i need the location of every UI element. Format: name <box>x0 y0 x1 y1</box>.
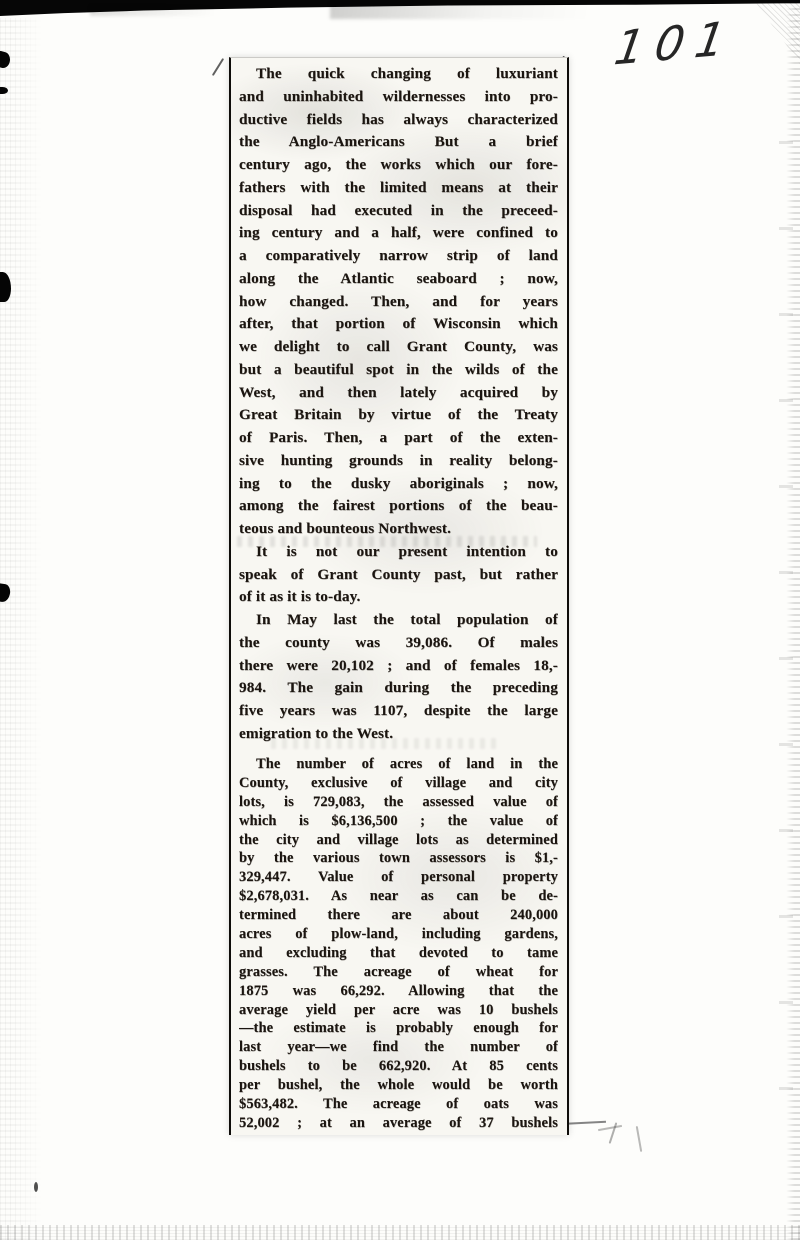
article-line: $563,482. The acreage of oats was <box>239 1095 558 1114</box>
article-line: the city and village lots as determined <box>239 831 558 850</box>
article-line: County, exclusive of village and city <box>239 774 558 793</box>
article-line: fathers with the limited means at their <box>239 177 558 200</box>
article-line: the county was 39,086. Of males <box>239 632 558 655</box>
article-line: we delight to call Grant County, was <box>239 336 558 359</box>
bottom-edge-speckle <box>0 1225 800 1240</box>
article-line: five years was 1107, despite the large <box>239 700 558 723</box>
article-line: speak of Grant County past, but rather <box>239 564 558 587</box>
article-line: per bushel, the whole would be worth <box>239 1076 558 1095</box>
article-line: termined there are about 240,000 <box>239 906 558 925</box>
article-line: which is $6,136,500 ; the value of <box>239 812 558 831</box>
article-line: lots, is 729,083, the assessed value of <box>239 793 558 812</box>
scanned-page: { "page": { "handwritten_number": "101",… <box>0 0 800 1240</box>
article-line: bushels to be 662,920. At 85 cents <box>239 1057 558 1076</box>
newspaper-clipping: The quick changing of luxuriantand uninh… <box>229 57 569 1135</box>
article-line: 329,447. Value of personal property <box>239 868 558 887</box>
article-line: disposal had executed in the preceed- <box>239 200 558 223</box>
article-line: acres of plow-land, including gardens, <box>239 925 558 944</box>
article-line: 1875 was 66,292. Allowing that the <box>239 982 558 1001</box>
article-line: after, that portion of Wisconsin which <box>239 313 558 336</box>
article-line: last year—we find the number of <box>239 1038 558 1057</box>
article-line: Great Britain by virtue of the Treaty <box>239 404 558 427</box>
article-line: ing to the dusky aboriginals ; now, <box>239 473 558 496</box>
pen-underline-mark <box>598 1125 622 1131</box>
article-line: In May last the total population of <box>239 609 558 632</box>
right-margin-dashes <box>779 70 793 1090</box>
article-line: of Paris. Then, a part of the exten- <box>239 427 558 450</box>
article-line: and uninhabited wildernesses into pro- <box>239 86 558 109</box>
article-line: of it as it is to-day. <box>239 586 558 609</box>
article-lines-2: The number of acres of land in theCounty… <box>239 755 558 1133</box>
article-line: and excluding that devoted to tame <box>239 944 558 963</box>
pen-tick-mark <box>212 58 224 76</box>
article-line: ductive fields has always characterized <box>239 109 558 132</box>
article-line: —the estimate is probably enough for <box>239 1019 558 1038</box>
article-line: It is not our present intention to <box>239 541 558 564</box>
article-line: ing century and a half, were confined to <box>239 222 558 245</box>
article-line: The quick changing of luxuriant <box>239 63 558 86</box>
article-line: average yield per acre was 10 bushels <box>239 1001 558 1020</box>
article-line: The number of acres of land in the <box>239 755 558 774</box>
article-line: sive hunting grounds in reality belong- <box>239 450 558 473</box>
article-line: among the fairest portions of the beau- <box>239 495 558 518</box>
article-line: a comparatively narrow strip of land <box>239 245 558 268</box>
article-line: by the various town assessors is $1,- <box>239 849 558 868</box>
handwritten-page-number: 101 <box>611 10 740 75</box>
left-edge-speckle <box>0 18 44 1240</box>
article-line: along the Atlantic seaboard ; now, <box>239 268 558 291</box>
article-line: grasses. The acreage of wheat for <box>239 963 558 982</box>
pen-tick-mark <box>636 1126 642 1152</box>
article-line: teous and bounteous Northwest. <box>239 518 558 541</box>
article-line: century ago, the works which our fore- <box>239 154 558 177</box>
article-line: there were 20,102 ; and of females 18,- <box>239 655 558 678</box>
article-line: emigration to the West. <box>239 723 558 746</box>
scan-smudge <box>330 3 590 19</box>
article-line: West, and then lately acquired by <box>239 382 558 405</box>
article-line: but a beautiful spot in the wilds of the <box>239 359 558 382</box>
scan-smudge <box>90 6 270 16</box>
article-line: how changed. Then, and for years <box>239 291 558 314</box>
article-lines-1: The quick changing of luxuriantand uninh… <box>239 63 558 746</box>
article-line: the Anglo-Americans But a brief <box>239 131 558 154</box>
article-line: 52,002 ; at an average of 37 bushels <box>239 1114 558 1133</box>
article-line: 984. The gain during the preceding <box>239 677 558 700</box>
article-line: $2,678,031. As near as can be de- <box>239 887 558 906</box>
binding-ink-blob <box>34 1182 38 1192</box>
